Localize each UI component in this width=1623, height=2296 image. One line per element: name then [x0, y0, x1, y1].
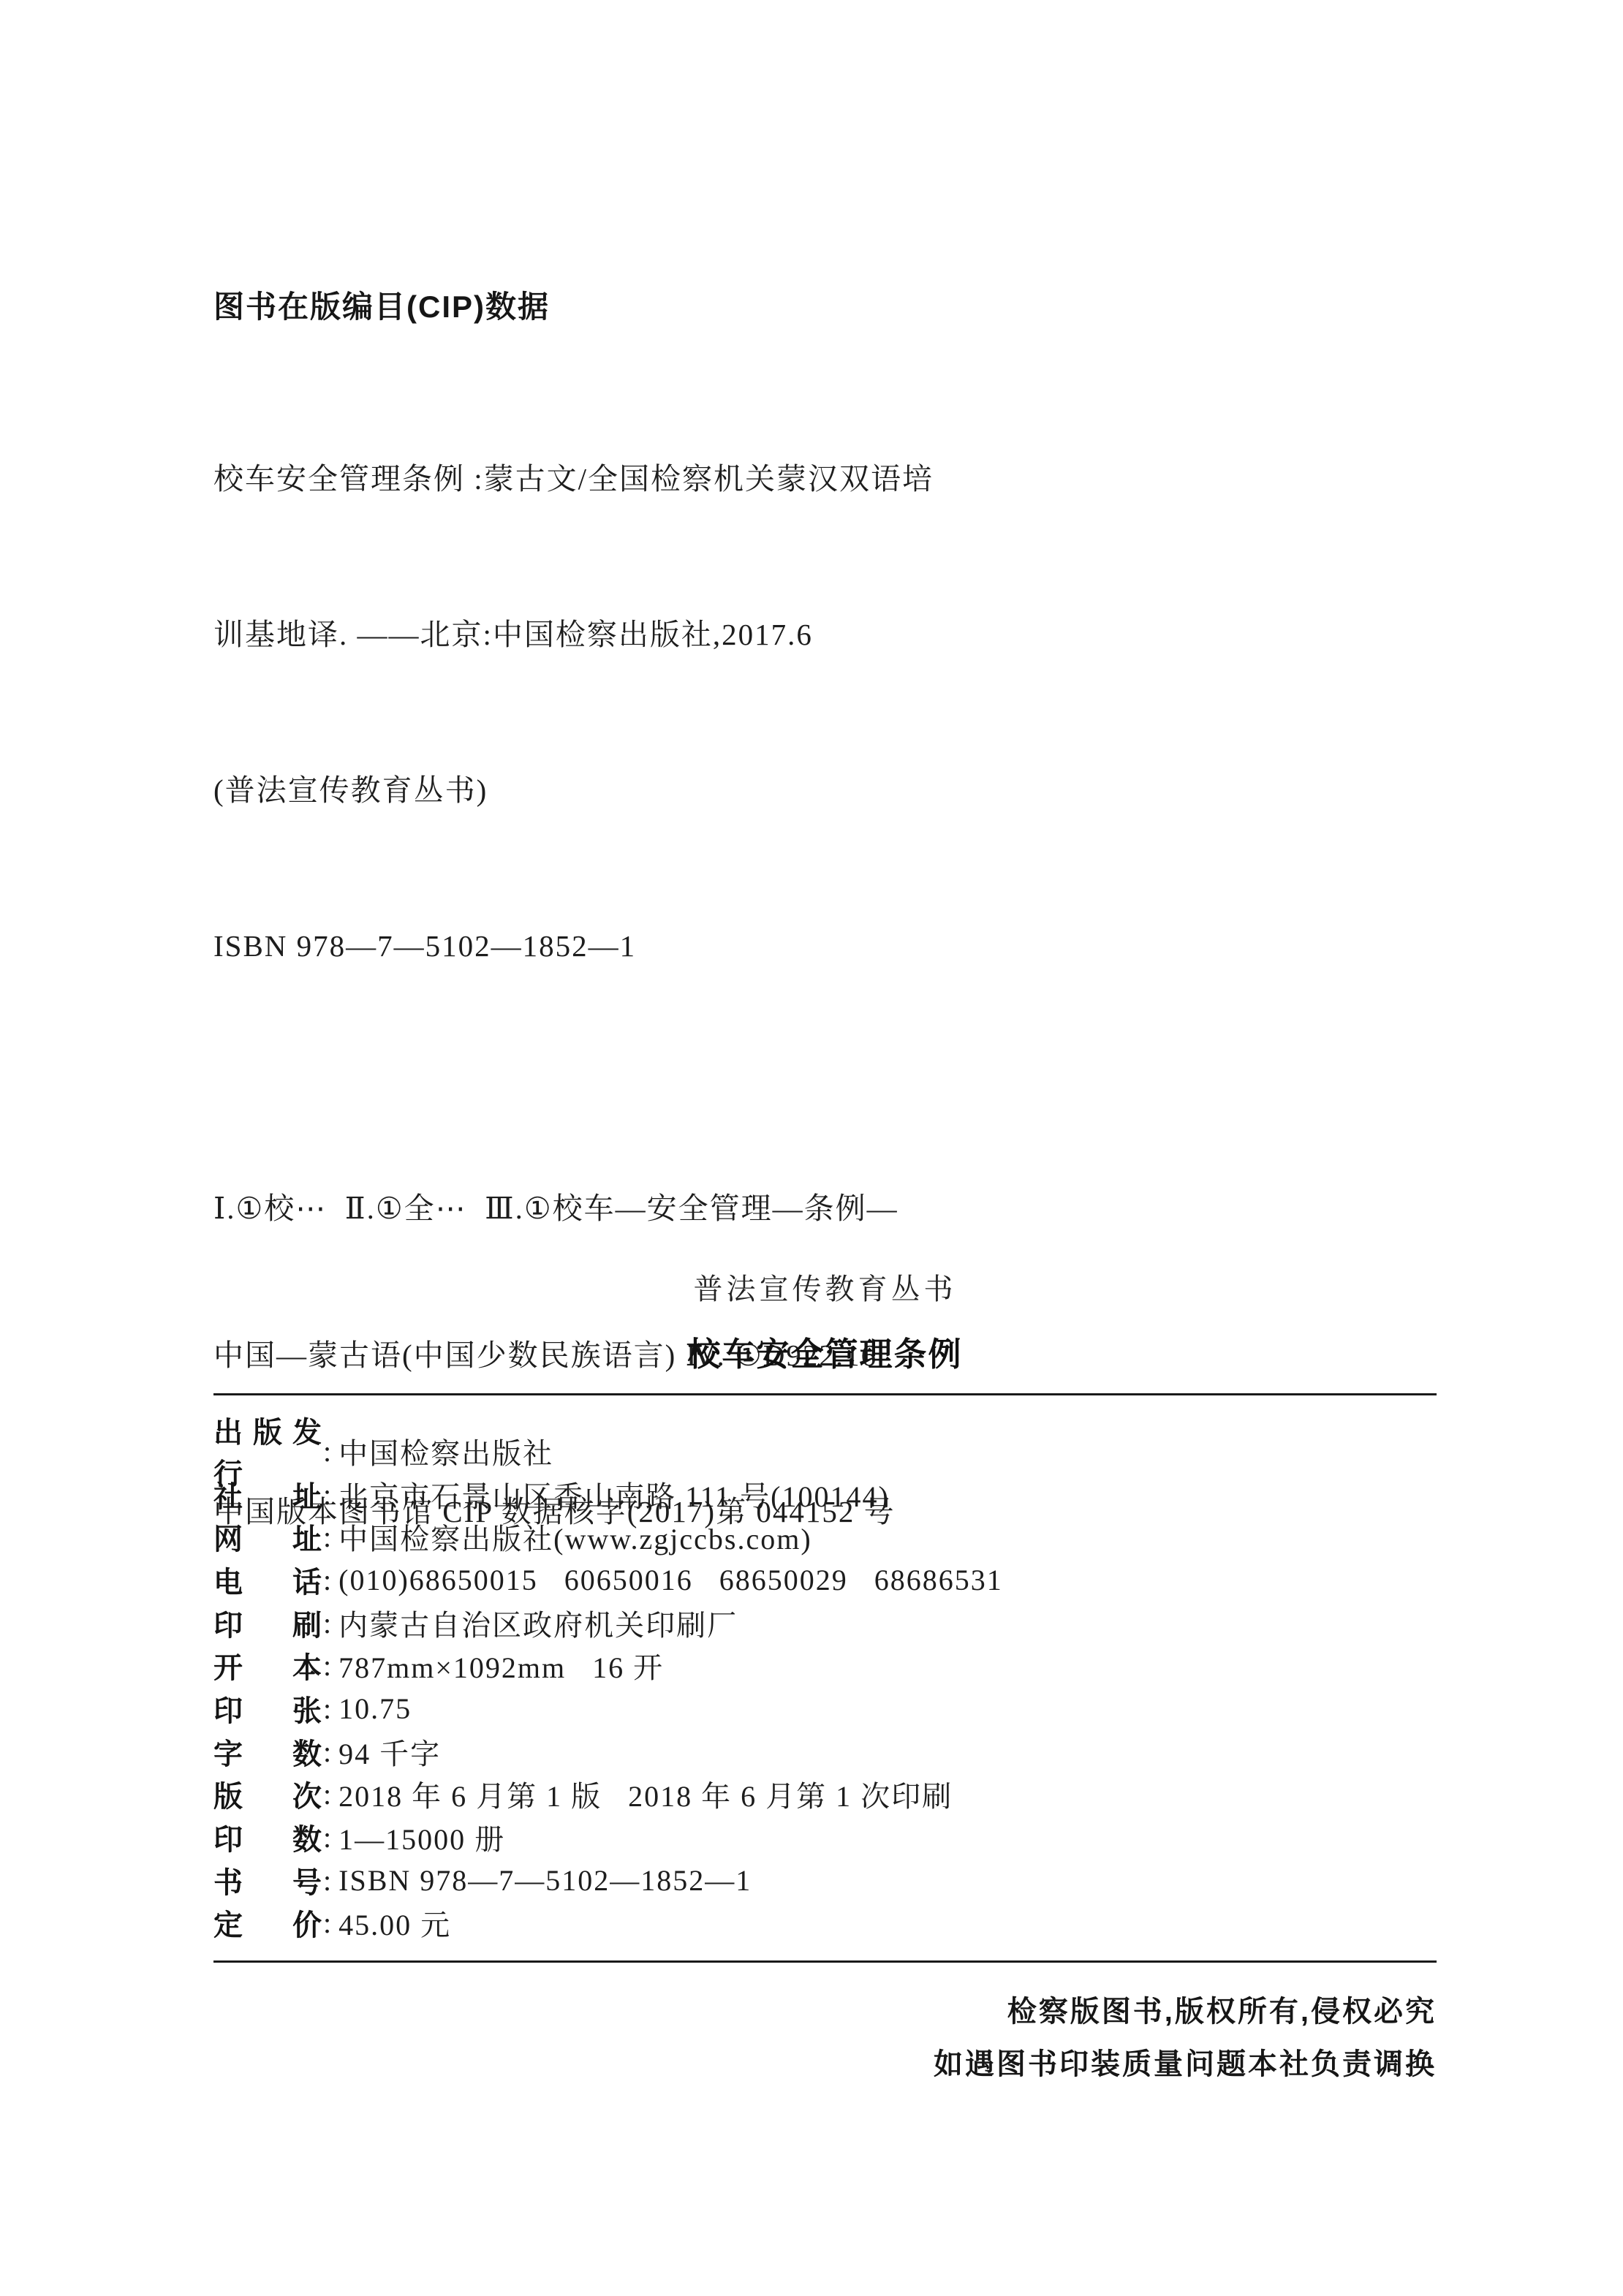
colophon-value: 2018 年 6 月第 1 版 2018 年 6 月第 1 次印刷 [338, 1773, 953, 1815]
colophon-row-format: 开本 : 787mm×1092mm 16 开 [213, 1644, 1437, 1687]
colophon-row-isbn: 书号 : ISBN 978—7—5102—1852—1 [213, 1859, 1437, 1902]
cip-isbn-line: ISBN 978—7—5102—1852—1 [213, 920, 1164, 972]
colophon-colon: : [323, 1906, 331, 1940]
footer-notice-line: 检察版图书,版权所有,侵权必究 [934, 1985, 1437, 2038]
colophon-value: 1—15000 册 [338, 1816, 505, 1858]
colophon-value: ISBN 978—7—5102—1852—1 [338, 1863, 752, 1898]
colophon-label: 开本 [213, 1645, 322, 1686]
colophon-label: 印张 [213, 1688, 322, 1729]
colophon-label: 字数 [213, 1731, 322, 1773]
colophon-label: 版次 [213, 1773, 322, 1815]
colophon-row-website: 网址 : 中国检察出版社(www.zgjccbs.com) [213, 1515, 1437, 1558]
colophon-colon: : [323, 1863, 331, 1898]
cip-description-line: 校车安全管理条例 :蒙古文/全国检察机关蒙汉双语培 [213, 453, 1164, 505]
copyright-page: 图书在版编目(CIP)数据 校车安全管理条例 :蒙古文/全国检察机关蒙汉双语培 … [0, 0, 1623, 2296]
colophon-label: 网址 [213, 1516, 322, 1558]
colophon-colon: : [323, 1777, 331, 1811]
colophon-value: 787mm×1092mm 16 开 [338, 1645, 664, 1686]
colophon-row-wordcount: 字数 : 94 千字 [213, 1730, 1437, 1773]
cip-description-line: 训基地译. ——北京:中国检察出版社,2017.6 [213, 609, 1164, 661]
colophon-value: 北京市石景山区香山南路 111 号(100144) [338, 1474, 890, 1515]
colophon-value: 内蒙古自治区政府机关印刷厂 [338, 1602, 738, 1644]
colophon-row-sheets: 印张 : 10.75 [213, 1687, 1437, 1730]
colophon-colon: : [323, 1606, 331, 1640]
cip-classification-line: Ⅰ.①校⋯ Ⅱ.①全⋯ Ⅲ.①校车—安全管理—条例— [213, 1184, 1164, 1233]
colophon-value: 中国检察出版社(www.zgjccbs.com) [338, 1516, 812, 1558]
colophon-row-printrun: 印数 : 1—15000 册 [213, 1816, 1437, 1859]
cip-description-line: (普法宣传教育丛书) [213, 765, 1164, 817]
colophon-label: 定价 [213, 1902, 322, 1944]
colophon-colon: : [323, 1434, 331, 1469]
divider-top [213, 1393, 1437, 1395]
series-title: 普法宣传教育丛书 [213, 1266, 1437, 1308]
colophon-value: 94 千字 [338, 1731, 441, 1773]
footer-notice-line: 如遇图书印装质量问题本社负责调换 [934, 2038, 1437, 2091]
footer-notice: 检察版图书,版权所有,侵权必究 如遇图书印装质量问题本社负责调换 [934, 1985, 1437, 2091]
colophon-value: 45.00 元 [338, 1902, 451, 1944]
colophon-label: 书号 [213, 1860, 322, 1901]
colophon-value: 10.75 [338, 1691, 412, 1726]
colophon-label: 印数 [213, 1816, 322, 1858]
colophon-row-address: 社址 : 北京市石景山区香山南路 111 号(100144) [213, 1473, 1437, 1516]
colophon-colon: : [323, 1735, 331, 1769]
book-title: 校车安全管理条例 [213, 1327, 1437, 1375]
cip-header: 图书在版编目(CIP)数据 [213, 289, 1164, 325]
colophon-label: 社址 [213, 1474, 322, 1515]
divider-bottom [213, 1960, 1437, 1963]
colophon-list: 出版发行 : 中国检察出版社 社址 : 北京市石景山区香山南路 111 号(10… [213, 1430, 1437, 1944]
colophon-value: 中国检察出版社 [338, 1431, 553, 1472]
colophon-row-price: 定价 : 45.00 元 [213, 1902, 1437, 1945]
colophon-colon: : [323, 1820, 331, 1854]
colophon-colon: : [323, 1648, 331, 1683]
colophon-row-publisher: 出版发行 : 中国检察出版社 [213, 1430, 1437, 1473]
colophon-colon: : [323, 1691, 331, 1726]
colophon-label: 电话 [213, 1559, 322, 1601]
colophon-label: 印刷 [213, 1602, 322, 1644]
colophon-colon: : [323, 1520, 331, 1554]
colophon-colon: : [323, 1477, 331, 1512]
colophon-colon: : [323, 1563, 331, 1597]
cip-description: 校车安全管理条例 :蒙古文/全国检察机关蒙汉双语培 训基地译. ——北京:中国检… [213, 349, 1164, 1076]
colophon-row-phone: 电话 : (010)68650015 60650016 68650029 686… [213, 1558, 1437, 1602]
colophon-value: (010)68650015 60650016 68650029 68686531 [338, 1563, 1003, 1597]
colophon-row-printer: 印刷 : 内蒙古自治区政府机关印刷厂 [213, 1602, 1437, 1645]
colophon-row-edition: 版次 : 2018 年 6 月第 1 版 2018 年 6 月第 1 次印刷 [213, 1773, 1437, 1816]
